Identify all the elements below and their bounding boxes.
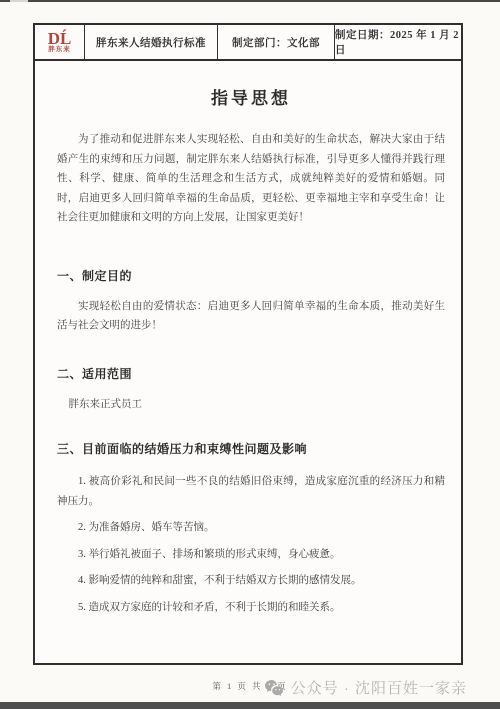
photo-bottom-edge — [0, 702, 500, 709]
section-2-paragraph: 胖东来正式员工 — [57, 395, 445, 415]
watermark: 公众号 · 沈阳百姓一家亲 — [264, 677, 467, 698]
list-item: 1. 被高价彩礼和民间一些不良的结婚旧俗束缚，造成家庭沉重的经济压力和精神压力。 — [57, 472, 445, 511]
document-header-table: DĹ 胖东来 胖东来人结婚执行标准 制定部门：文化部 制定日期：2025 年 1… — [35, 25, 461, 61]
list-item: 5. 造成双方家庭的计较和矛盾，不利于长期的和睦关系。 — [57, 598, 445, 618]
logo-dl-text: DĹ — [48, 31, 72, 46]
photo-top-edge — [0, 0, 500, 2]
watermark-text: 公众号 · 沈阳百姓一家亲 — [291, 677, 467, 698]
issue-date: 制定日期：2025 年 1 月 2 日 — [335, 25, 461, 59]
company-logo: DĹ 胖东来 — [35, 25, 85, 59]
intro-paragraph: 为了推动和促进胖东来人实现轻松、自由和美好的生命状态，解决大家由于结婚产生的束缚… — [57, 130, 445, 228]
list-item: 3. 举行婚礼被面子、排场和繁琐的形式束缚，身心疲惫。 — [57, 545, 445, 565]
wechat-icon — [264, 679, 285, 697]
section-3-heading: 三、目前面临的结婚压力和束缚性问题及影响 — [57, 441, 445, 457]
standard-title: 胖东来人结婚执行标准 — [85, 25, 218, 59]
section-2-heading: 二、适用范围 — [57, 366, 445, 382]
list-item: 2. 为准备婚房、婚车等苦恼。 — [57, 518, 445, 538]
issuing-department: 制定部门：文化部 — [218, 25, 335, 59]
logo-subtext: 胖东来 — [48, 46, 71, 54]
section-1-heading: 一、制定目的 — [57, 268, 445, 284]
section-1-paragraph: 实现轻松自由的爱情状态：启迪更多人回归简单幸福的生命本质，推动美好生活与社会文明… — [57, 297, 445, 336]
section-3-item-list: 1. 被高价彩礼和民间一些不良的结婚旧俗束缚，造成家庭沉重的经济压力和精神压力。… — [57, 472, 445, 617]
page-title: 指导思想 — [57, 84, 445, 109]
document-body: 指导思想 为了推动和促进胖东来人实现轻松、自由和美好的生命状态，解决大家由于结婚… — [35, 84, 461, 617]
document-frame: DĹ 胖东来 胖东来人结婚执行标准 制定部门：文化部 制定日期：2025 年 1… — [33, 23, 463, 665]
list-item: 4. 影响爱情的纯粹和甜蜜，不利于结婚双方长期的感情发展。 — [57, 571, 445, 591]
